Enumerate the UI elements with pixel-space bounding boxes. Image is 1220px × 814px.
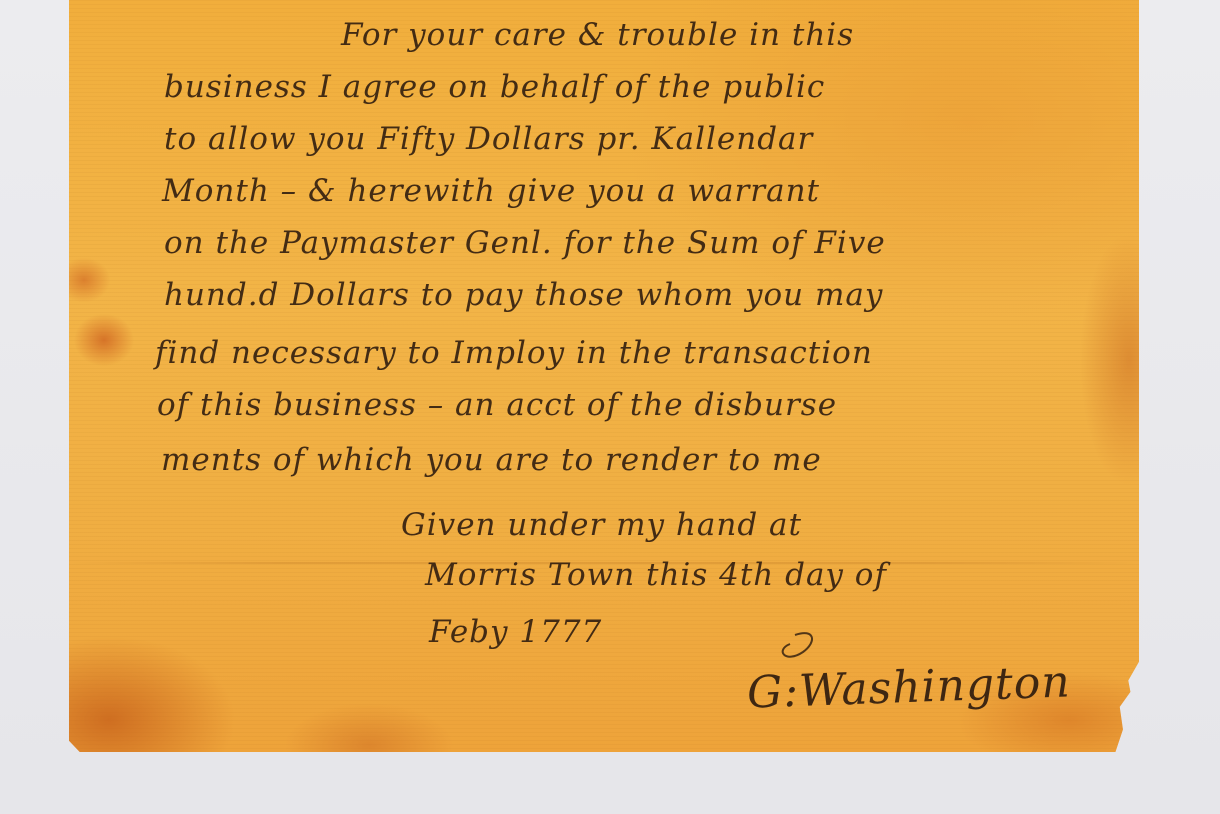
closing-line-2: Morris Town this 4th day of [425, 560, 887, 591]
signature-flourish-icon [755, 630, 835, 690]
letter-line-8: of this business – an acct of the disbur… [157, 390, 837, 421]
letter-paper: For your care & trouble in this business… [69, 0, 1139, 752]
letter-line-7: find necessary to Imploy in the transact… [155, 338, 873, 369]
letter-line-1: For your care & trouble in this [341, 20, 854, 51]
letter-line-3: to allow you Fifty Dollars pr. Kallendar [164, 124, 813, 155]
letter-line-6: hund.d Dollars to pay those whom you may [164, 280, 883, 311]
closing-line-3: Feby 1777 [429, 617, 602, 648]
closing-line-1: Given under my hand at [401, 510, 802, 541]
letter-line-4: Month – & herewith give you a warrant [162, 176, 820, 207]
letter-line-2: business I agree on behalf of the public [164, 72, 825, 103]
letter-line-9: ments of which you are to render to me [161, 445, 822, 476]
letter-line-5: on the Paymaster Genl. for the Sum of Fi… [164, 228, 886, 259]
